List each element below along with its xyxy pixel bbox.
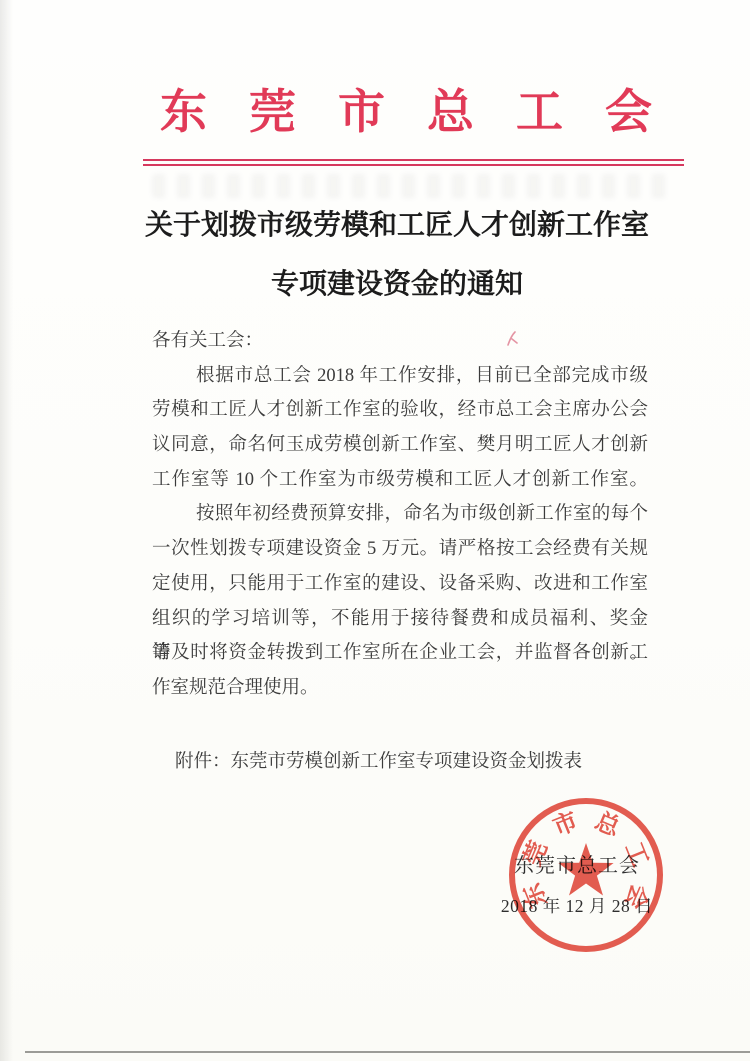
seal-char: 市 xyxy=(549,807,581,841)
attachment-line: 附件：东莞市劳模创新工作室专项建设资金划拨表 xyxy=(175,747,582,777)
body-line: 一次性划拨专项建设资金 5 万元。请严格按工会经费有关规 xyxy=(152,532,648,567)
body-line: 根据市总工会 2018 年工作安排，目前已全部完成市级 xyxy=(152,359,648,394)
star-icon xyxy=(558,843,613,896)
body-line: 议同意，命名何玉成劳模创新工作室、樊月明工匠人才创新 xyxy=(152,428,648,463)
scan-edge-bottom xyxy=(25,1051,750,1053)
bleedthrough-artifact xyxy=(152,174,672,198)
scan-edge-left xyxy=(0,0,13,1061)
red-pen-mark xyxy=(506,330,520,348)
body-line: 劳模和工匠人才创新工作室的验收，经市总工会主席办公会 xyxy=(152,393,648,428)
seal-char: 莞 xyxy=(519,837,553,870)
body-line: 工作室等 10 个工作室为市级劳模和工匠人才创新工作室。 xyxy=(152,463,648,498)
letterhead-org-name: 东莞市总工会 xyxy=(118,86,678,140)
body-line: 按照年初经费预算安排，命名为市级创新工作室的每个 xyxy=(152,497,648,532)
document-title-line2: 专项建设资金的通知 xyxy=(117,268,677,302)
seal-char: 东 xyxy=(518,879,552,911)
document-title-line1: 关于划拨市级劳模和工匠人才创新工作室 xyxy=(117,209,677,243)
document-body: 各有关工会： 根据市总工会 2018 年工作安排，目前已全部完成市级 劳模和工匠… xyxy=(152,324,648,706)
body-line: 请及时将资金转拨到工作室所在企业工会，并监督各创新工 xyxy=(152,636,648,671)
scanned-document-page: 东莞市总工会 关于划拨市级劳模和工匠人才创新工作室 专项建设资金的通知 各有关工… xyxy=(0,0,750,1061)
official-seal: 东 莞 市 总 工 会 xyxy=(501,790,671,960)
body-line: 组织的学习培训等，不能用于接待餐费和成员福利、奖金等。 xyxy=(152,602,648,637)
salutation-line: 各有关工会： xyxy=(152,324,648,359)
letterhead-divider-rule xyxy=(143,159,684,166)
body-line: 定使用，只能用于工作室的建设、设备采购、改进和工作室 xyxy=(152,567,648,602)
body-line: 作室规范合理使用。 xyxy=(152,671,648,706)
seal-char: 工 xyxy=(620,839,653,871)
